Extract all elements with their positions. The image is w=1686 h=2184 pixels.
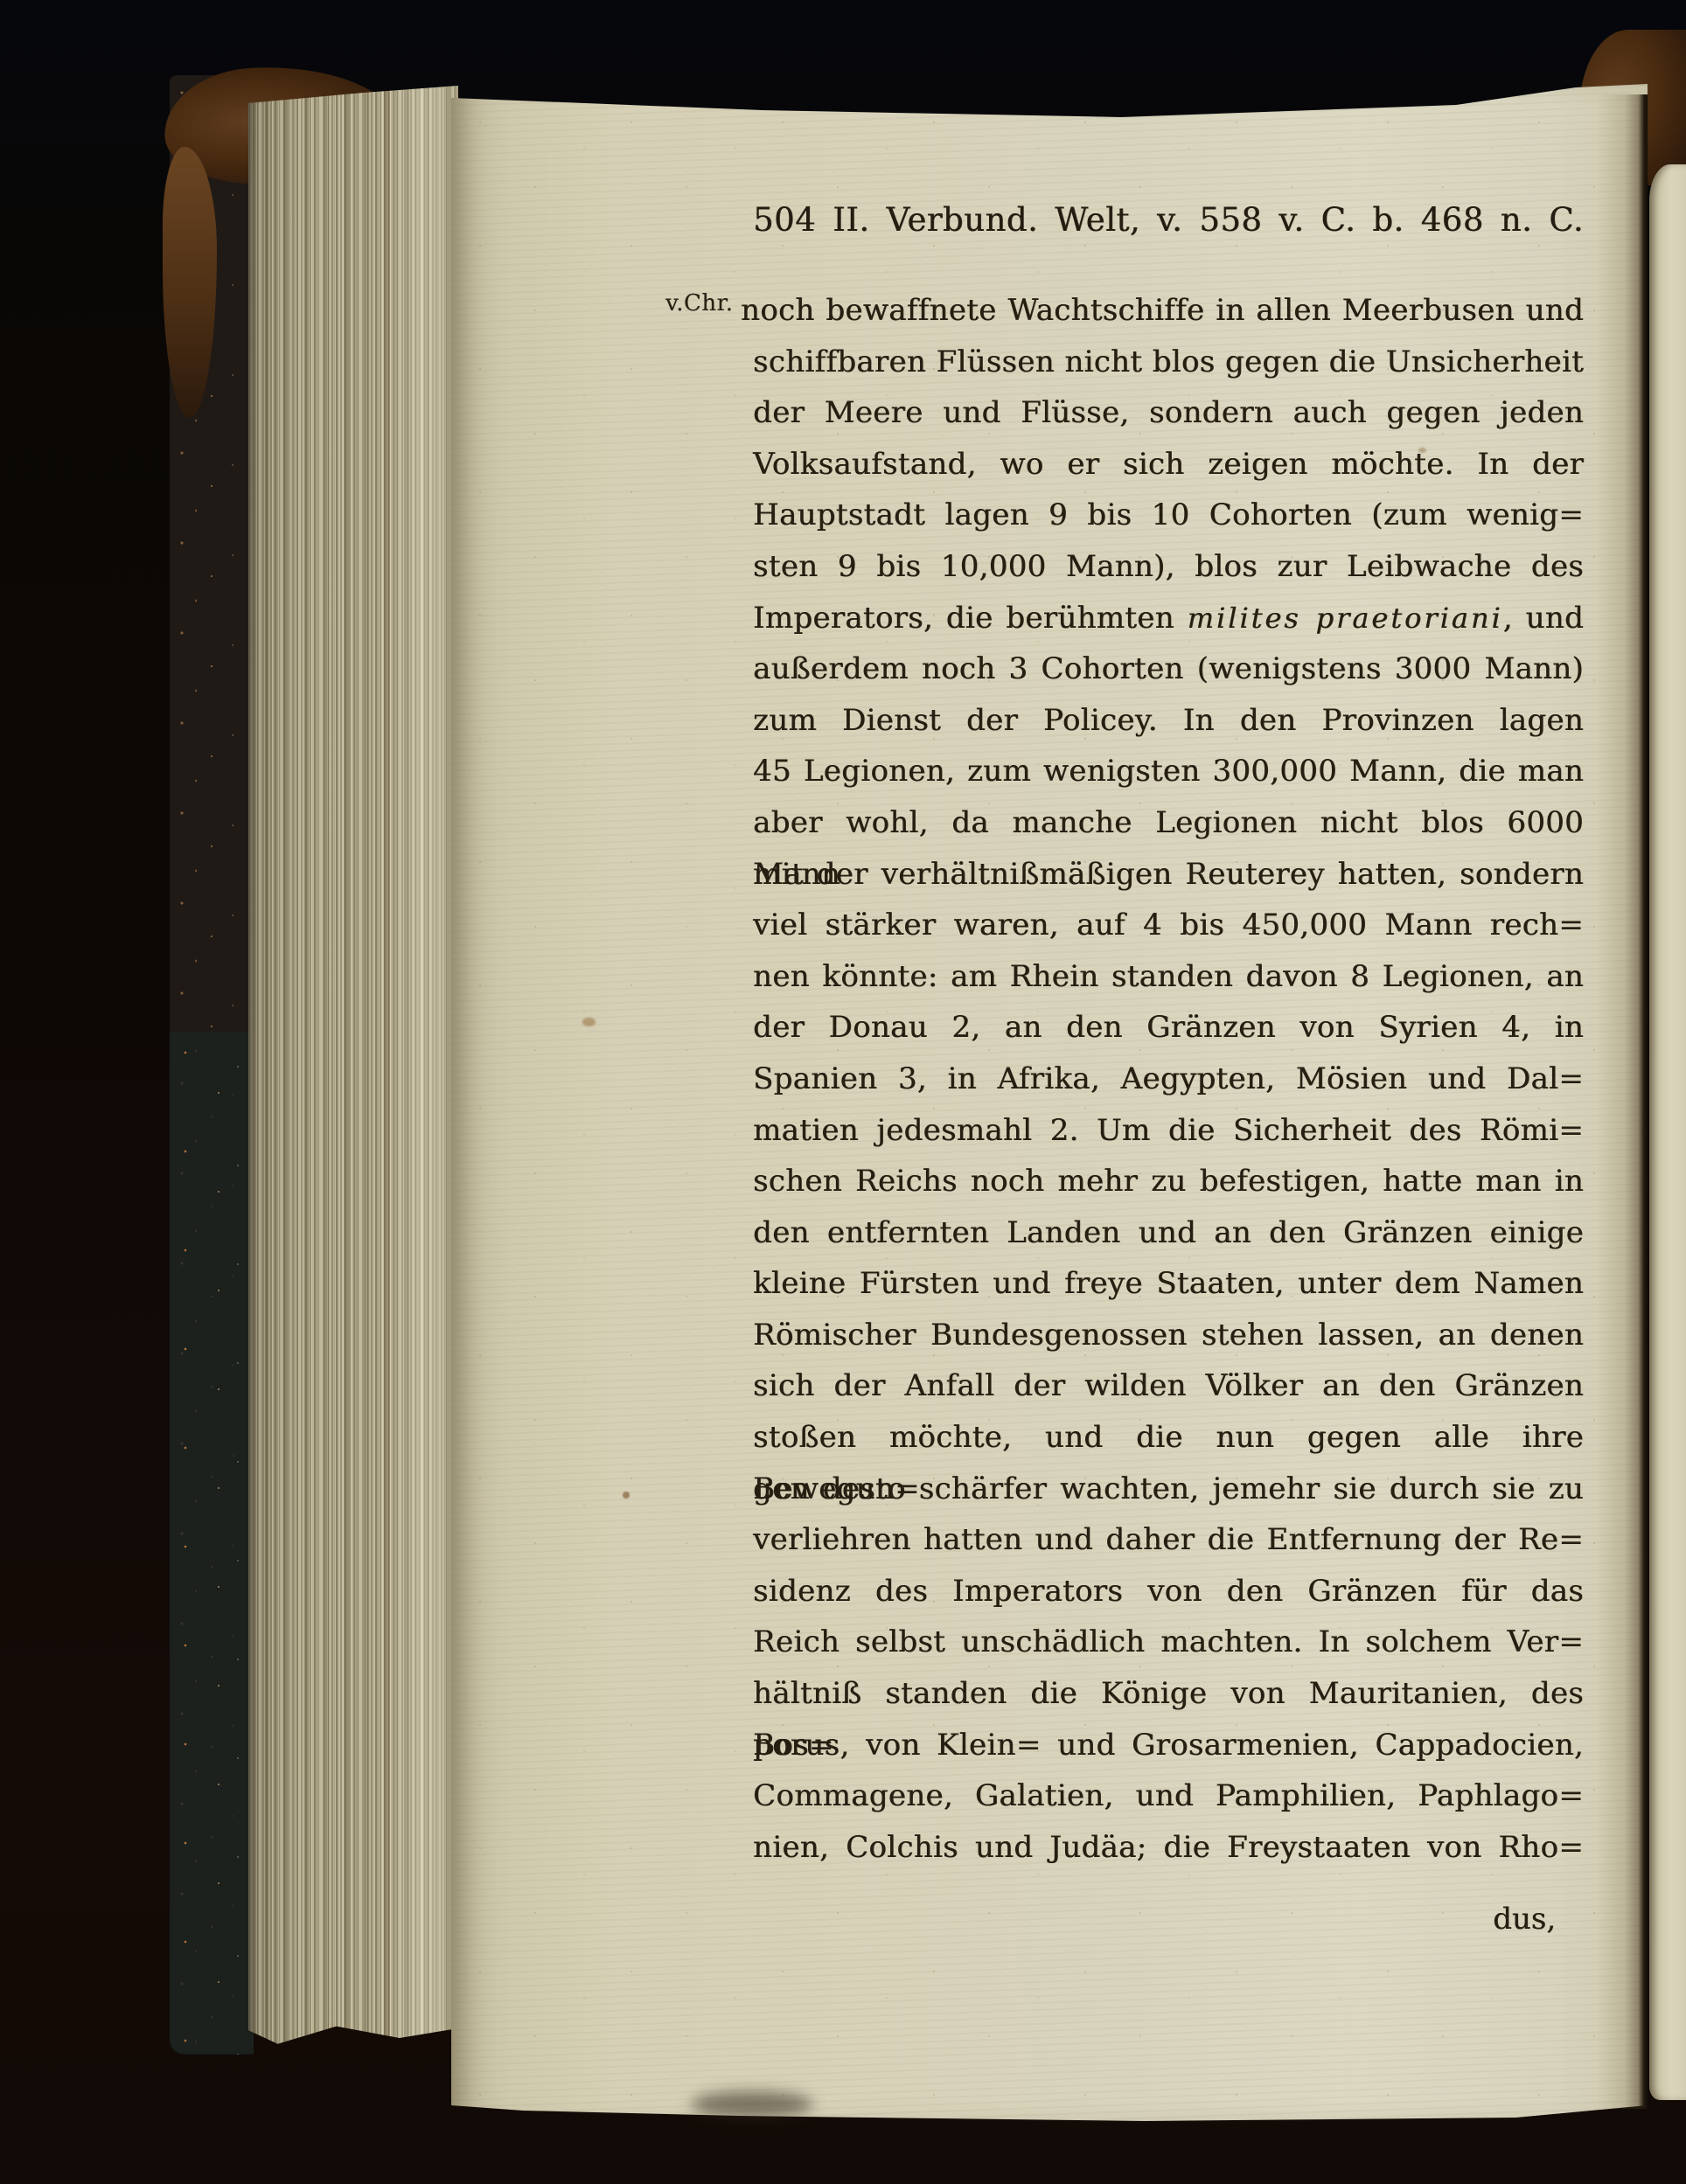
book-cover-marbled-edge <box>170 1032 254 2055</box>
text-line: nien, Colchis und Judäa; die Freystaaten… <box>753 1822 1584 1874</box>
text-lines: noch bewaffnete Wachtschiffe in allen Me… <box>753 285 1584 1873</box>
page-edge-shadow-smudge <box>691 2091 813 2118</box>
paper-stain <box>623 1492 630 1499</box>
text-line: sich der Anfall der wilden Völker an den… <box>753 1360 1584 1412</box>
text-line: hältniß standen die Könige von Mauritani… <box>753 1668 1584 1720</box>
text-line: aber wohl, da manche Legionen nicht blos… <box>753 797 1584 849</box>
text-line: noch bewaffnete Wachtschiffe in allen Me… <box>741 285 1584 337</box>
text-line: verliehren hatten und daher die Entfernu… <box>753 1514 1584 1566</box>
latin-phrase: milites praetoriani <box>1188 602 1503 635</box>
text-line: stoßen möchte, und die nun gegen alle ih… <box>753 1412 1584 1464</box>
gutter-shadow <box>1597 94 1648 2109</box>
catchword: dus, <box>753 1894 1584 1944</box>
paper-stain <box>582 1018 596 1026</box>
page-fore-edge-stack <box>248 86 458 2046</box>
text-line: der Donau 2, an den Gränzen von Syrien 4… <box>753 1002 1584 1054</box>
text-line: mit der verhältnißmäßigen Reuterey hatte… <box>753 849 1584 901</box>
text-line: schen Reichs noch mehr zu befestigen, ha… <box>753 1156 1584 1207</box>
text-line: Spanien 3, in Afrika, Aegypten, Mösien u… <box>753 1054 1584 1105</box>
facing-page-edge <box>1649 164 1686 2100</box>
text-line: den entfernten Landen und an den Gränzen… <box>753 1207 1584 1259</box>
text-line: matien jedesmahl 2. Um die Sicherheit de… <box>753 1105 1584 1157</box>
text-line: Volksaufstand, wo er sich zeigen möchte.… <box>753 439 1584 490</box>
book-photo-background: 504 II. Verbund. Welt, v. 558 v. C. b. 4… <box>0 0 1686 2184</box>
text-line: sidenz des Imperators von den Gränzen fü… <box>753 1566 1584 1617</box>
text-line: Hauptstadt lagen 9 bis 10 Cohorten (zum … <box>753 490 1584 541</box>
text-line: außerdem noch 3 Cohorten (wenigstens 300… <box>753 643 1584 695</box>
text-line: schiffbaren Flüssen nicht blos gegen die… <box>753 337 1584 388</box>
text-line: Reich selbst unschädlich machten. In sol… <box>753 1617 1584 1668</box>
text-line: zum Dienst der Policey. In den Provinzen… <box>753 695 1584 747</box>
margin-note: v.Chr. <box>665 290 733 316</box>
text-line: Römischer Bundesgenossen stehen lassen, … <box>753 1310 1584 1361</box>
text-line: kleine Fürsten und freye Staaten, unter … <box>753 1258 1584 1310</box>
text-line: nen könnte: am Rhein standen davon 8 Leg… <box>753 951 1584 1003</box>
body-text: v.Chr. noch bewaffnete Wachtschiffe in a… <box>753 285 1584 1944</box>
text-line: Commagene, Galatien, und Pamphilien, Pap… <box>753 1770 1584 1822</box>
running-header: 504 II. Verbund. Welt, v. 558 v. C. b. 4… <box>753 194 1584 247</box>
text-line: gen desto schärfer wachten, jemehr sie d… <box>753 1464 1584 1515</box>
text-line: Imperators, die berühmten milites praeto… <box>753 593 1584 644</box>
text-line: porus, von Klein= und Grosarmenien, Capp… <box>753 1720 1584 1771</box>
text-line: viel stärker waren, auf 4 bis 450,000 Ma… <box>753 900 1584 951</box>
text-line: 45 Legionen, zum wenigsten 300,000 Mann,… <box>753 746 1584 797</box>
text-line: sten 9 bis 10,000 Mann), blos zur Leibwa… <box>753 541 1584 593</box>
text-line: der Meere und Flüsse, sondern auch gegen… <box>753 387 1584 439</box>
